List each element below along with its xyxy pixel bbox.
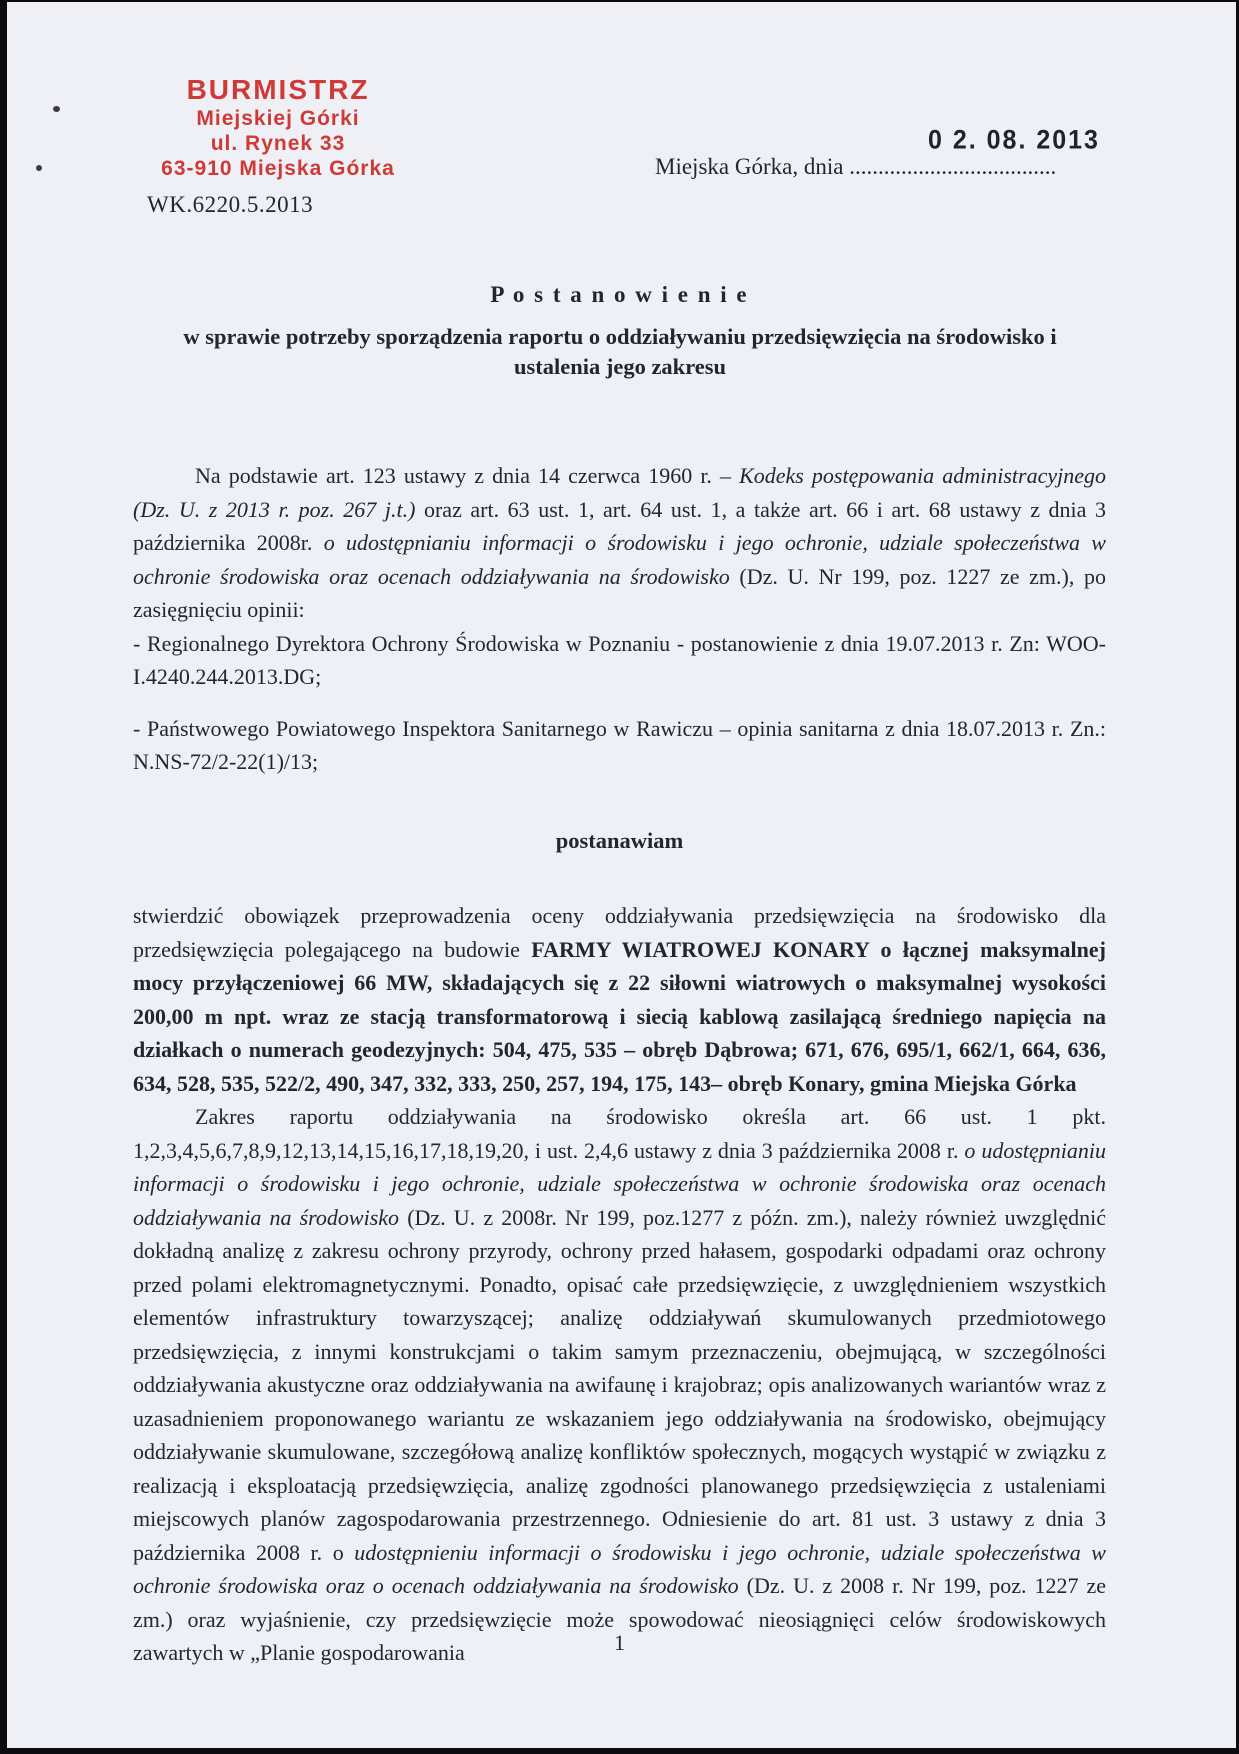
decision-paragraph: stwierdzić obowiązek przeprowadzenia oce… [133, 899, 1106, 1100]
sender-office-stamp: BURMISTRZ Miejskiej Górki ul. Rynek 33 6… [128, 74, 428, 181]
reference-number: WK.6220.5.2013 [147, 192, 313, 218]
decision-heading: postanawiam [133, 824, 1106, 858]
document-title: P o s t a n o w i e n i e [0, 282, 1239, 308]
scan-edge-bottom [0, 1748, 1239, 1754]
stamp-city: 63-910 Miejska Górka [128, 156, 428, 181]
date-label: Miejska Górka, dnia ....................… [655, 154, 1056, 180]
scope-paragraph: Zakres raportu oddziaływania na środowis… [133, 1100, 1106, 1670]
scan-speck [53, 106, 60, 112]
date-label-text: Miejska Górka, dnia [655, 154, 849, 179]
dateline: 0 2. 08. 2013 Miejska Górka, dnia ......… [655, 120, 1125, 190]
opinion-item: - Regionalnego Dyrektora Ochrony Środowi… [133, 627, 1106, 694]
date-dotted-line: .................................... [849, 154, 1056, 179]
legal-basis-paragraph: Na podstawie art. 123 ustawy z dnia 14 c… [133, 459, 1106, 627]
date-stamp: 0 2. 08. 2013 [928, 125, 1100, 156]
scanned-document-page: BURMISTRZ Miejskiej Górki ul. Rynek 33 6… [0, 0, 1239, 1754]
opinion-item: - Państwowego Powiatowego Inspektora San… [133, 712, 1106, 779]
scope-segment: (Dz. U. z 2008r. Nr 199, poz.1277 z późn… [133, 1205, 1106, 1565]
scan-edge-left [0, 0, 7, 1754]
scope-segment: Zakres raportu oddziaływania na środowis… [133, 1104, 1106, 1163]
scan-edge-top [0, 0, 1239, 2]
document-subtitle: w sprawie potrzeby sporządzenia raportu … [150, 322, 1090, 382]
document-body: Na podstawie art. 123 ustawy z dnia 14 c… [133, 459, 1106, 1670]
page-number: 1 [0, 1630, 1239, 1656]
stamp-office-title: BURMISTRZ [128, 74, 428, 106]
scan-speck [36, 165, 42, 171]
stamp-street: ul. Rynek 33 [128, 131, 428, 156]
legal-basis-segment: Na podstawie art. 123 ustawy z dnia 14 c… [195, 463, 739, 488]
stamp-office-name: Miejskiej Górki [128, 106, 428, 131]
